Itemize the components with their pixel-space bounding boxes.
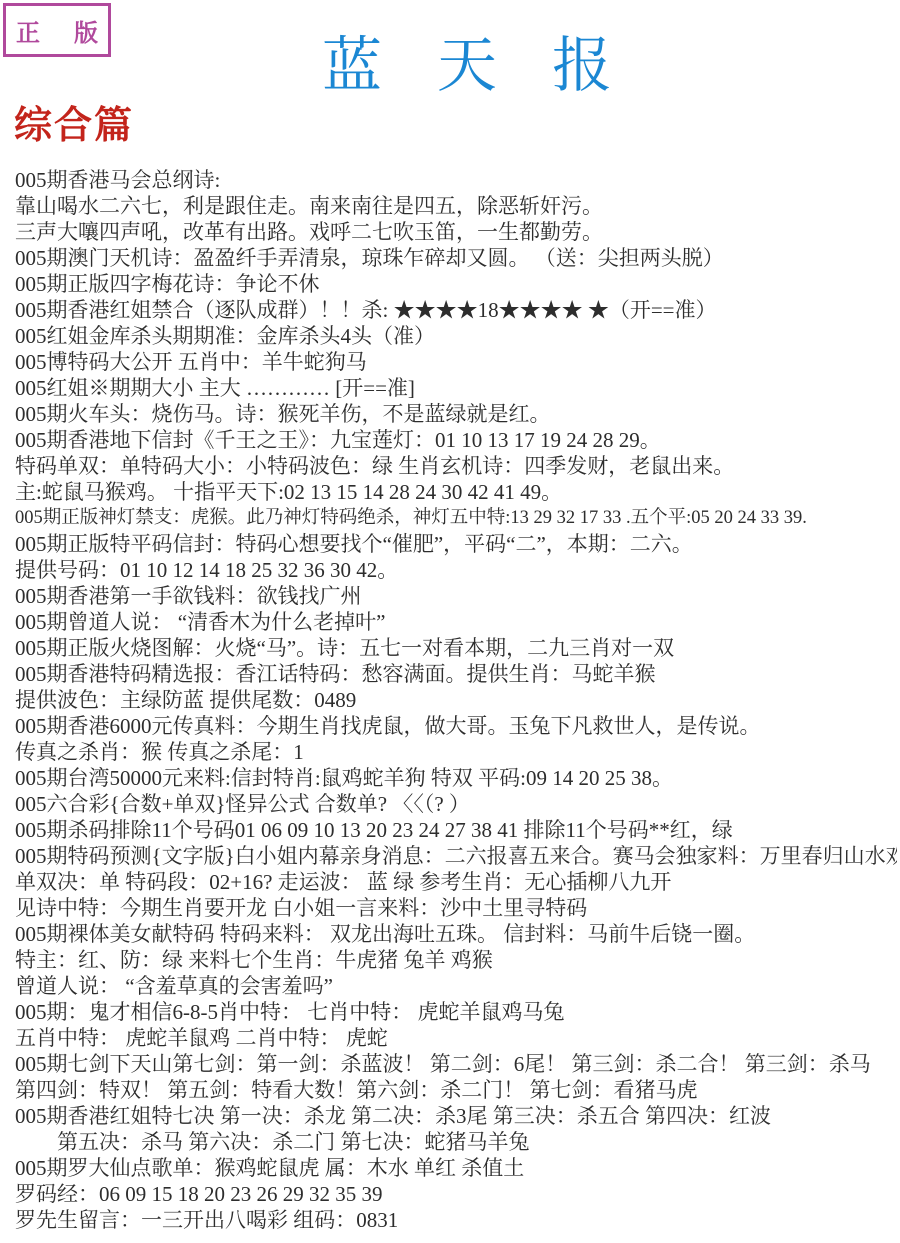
text-line: 005期澳门天机诗：盈盈纤手弄清泉，琼珠乍碎却又圆。 （送：尖担两头脱） xyxy=(15,245,897,271)
text-line: 005期香港马会总纲诗: xyxy=(15,167,897,193)
text-line: 005期火车头：烧伤马。诗：猴死羊伤，不是蓝绿就是红。 xyxy=(15,401,897,427)
text-line: 005期香港第一手欲钱料：欲钱找广州 xyxy=(15,583,897,609)
text-line: 005期香港红姐特七决 第一决：杀龙 第二决：杀3尾 第三决：杀五合 第四决：红… xyxy=(15,1103,897,1129)
text-line: 005六合彩{合数+单双}怪异公式 合数单? 〈〈（? ） xyxy=(15,791,897,817)
section-heading: 综合篇 xyxy=(14,94,134,149)
text-line: 005期杀码排除11个号码01 06 09 10 13 20 23 24 27 … xyxy=(15,817,897,843)
text-line: 提供号码：01 10 12 14 18 25 32 36 30 42。 xyxy=(15,557,897,583)
text-line: 005期香港红姐禁合（逐队成群）！！杀: ★★★★18★★★★ ★（开==准） xyxy=(15,297,897,323)
text-line: 主:蛇鼠马猴鸡。 十指平天下:02 13 15 14 28 24 30 42 4… xyxy=(15,479,897,505)
authentic-badge: 正版 xyxy=(3,3,111,57)
text-line: 五肖中特： 虎蛇羊鼠鸡 二肖中特： 虎蛇 xyxy=(15,1025,897,1051)
text-line: 提供波色：主绿防蓝 提供尾数：0489 xyxy=(15,687,897,713)
text-line: 曾道人说： “含羞草真的会害羞吗” xyxy=(15,973,897,999)
text-line: 005博特码大公开 五肖中：羊牛蛇狗马 xyxy=(15,349,897,375)
text-line: 第五决：杀马 第六决：杀二门 第七决：蛇猪马羊兔 xyxy=(15,1129,897,1155)
text-line: 靠山喝水二六七，利是跟住走。南来南往是四五，除恶斩奸污。 xyxy=(15,193,897,219)
text-line: 005期香港6000元传真料：今期生肖找虎鼠，做大哥。玉兔下凡救世人，是传说。 xyxy=(15,713,897,739)
text-line: 005期台湾50000元来料:信封特肖:鼠鸡蛇羊狗 特双 平码:09 14 20… xyxy=(15,765,897,791)
text-line: 005期正版神灯禁支：虎猴。此乃神灯特码绝杀，神灯五中特:13 29 32 17… xyxy=(15,505,897,531)
text-line: 005期裸体美女献特码 特码来料： 双龙出海吐五珠。 信封料：马前牛后铙一圈。 xyxy=(15,921,897,947)
text-line: 005期正版四字梅花诗：争论不休 xyxy=(15,271,897,297)
text-line: 传真之杀肖：猴 传真之杀尾：1 xyxy=(15,739,897,765)
authentic-badge-label: 正版 xyxy=(16,13,132,48)
text-line: 罗先生留言：一三开出八喝彩 组码：0831 xyxy=(15,1207,897,1233)
newspaper-page: 正版 蓝天报 综合篇 005期香港马会总纲诗: 靠山喝水二六七，利是跟住走。南来… xyxy=(0,0,900,1243)
text-line: 005期罗大仙点歌单：猴鸡蛇鼠虎 属：木水 单红 杀值土 xyxy=(15,1155,897,1181)
text-line: 三声大嚷四声吼，改革有出路。戏呼二七吹玉笛，一生都勤劳。 xyxy=(15,219,897,245)
text-line: 005期香港地下信封《千王之王》：九宝莲灯：01 10 13 17 19 24 … xyxy=(15,427,897,453)
text-line: 005期正版火烧图解：火烧“马”。诗：五七一对看本期，二九三肖对一双 xyxy=(15,635,897,661)
text-line: 特主：红、防：绿 来料七个生肖：牛虎猪 兔羊 鸡猴 xyxy=(15,947,897,973)
text-line: 005期：鬼才相信6-8-5肖中特： 七肖中特： 虎蛇羊鼠鸡马兔 xyxy=(15,999,897,1025)
text-line: 罗码经：06 09 15 18 20 23 26 29 32 35 39 xyxy=(15,1181,897,1207)
text-line: 005期香港特码精选报：香江话特码：愁容满面。提供生肖：马蛇羊猴 xyxy=(15,661,897,687)
text-line: 005红姐金库杀头期期准：金库杀头4头（准） xyxy=(15,323,897,349)
text-line: 特码单双：单特码大小：小特码波色：绿 生肖玄机诗：四季发财，老鼠出来。 xyxy=(15,453,897,479)
text-line: 005红姐※期期大小 主大 ………… [开==准] xyxy=(15,375,897,401)
page-title: 蓝天报 xyxy=(322,18,667,104)
content-lines: 005期香港马会总纲诗: 靠山喝水二六七，利是跟住走。南来南往是四五，除恶斩奸污… xyxy=(15,167,897,1233)
text-line: 005期曾道人说： “清香木为什么老掉叶” xyxy=(15,609,897,635)
text-line: 第四剑：特双！ 第五剑：特看大数！第六剑：杀二门！ 第七剑：看猪马虎 xyxy=(15,1077,897,1103)
text-line: 单双决：单 特码段：02+16? 走运波： 蓝 绿 参考生肖：无心插柳八九开 xyxy=(15,869,897,895)
text-line: 005期七剑下天山第七剑：第一剑：杀蓝波！ 第二剑：6尾！ 第三剑：杀二合！ 第… xyxy=(15,1051,897,1077)
text-line: 005期特码预测{文字版}白小姐内幕亲身消息：二六报喜五来合。赛马会独家料：万里… xyxy=(15,843,897,869)
text-line: 005期正版特平码信封：特码心想要找个“催肥”，平码“二”，本期：二六。 xyxy=(15,531,897,557)
text-line: 见诗中特：今期生肖要开龙 白小姐一言来料：沙中土里寻特码 xyxy=(15,895,897,921)
